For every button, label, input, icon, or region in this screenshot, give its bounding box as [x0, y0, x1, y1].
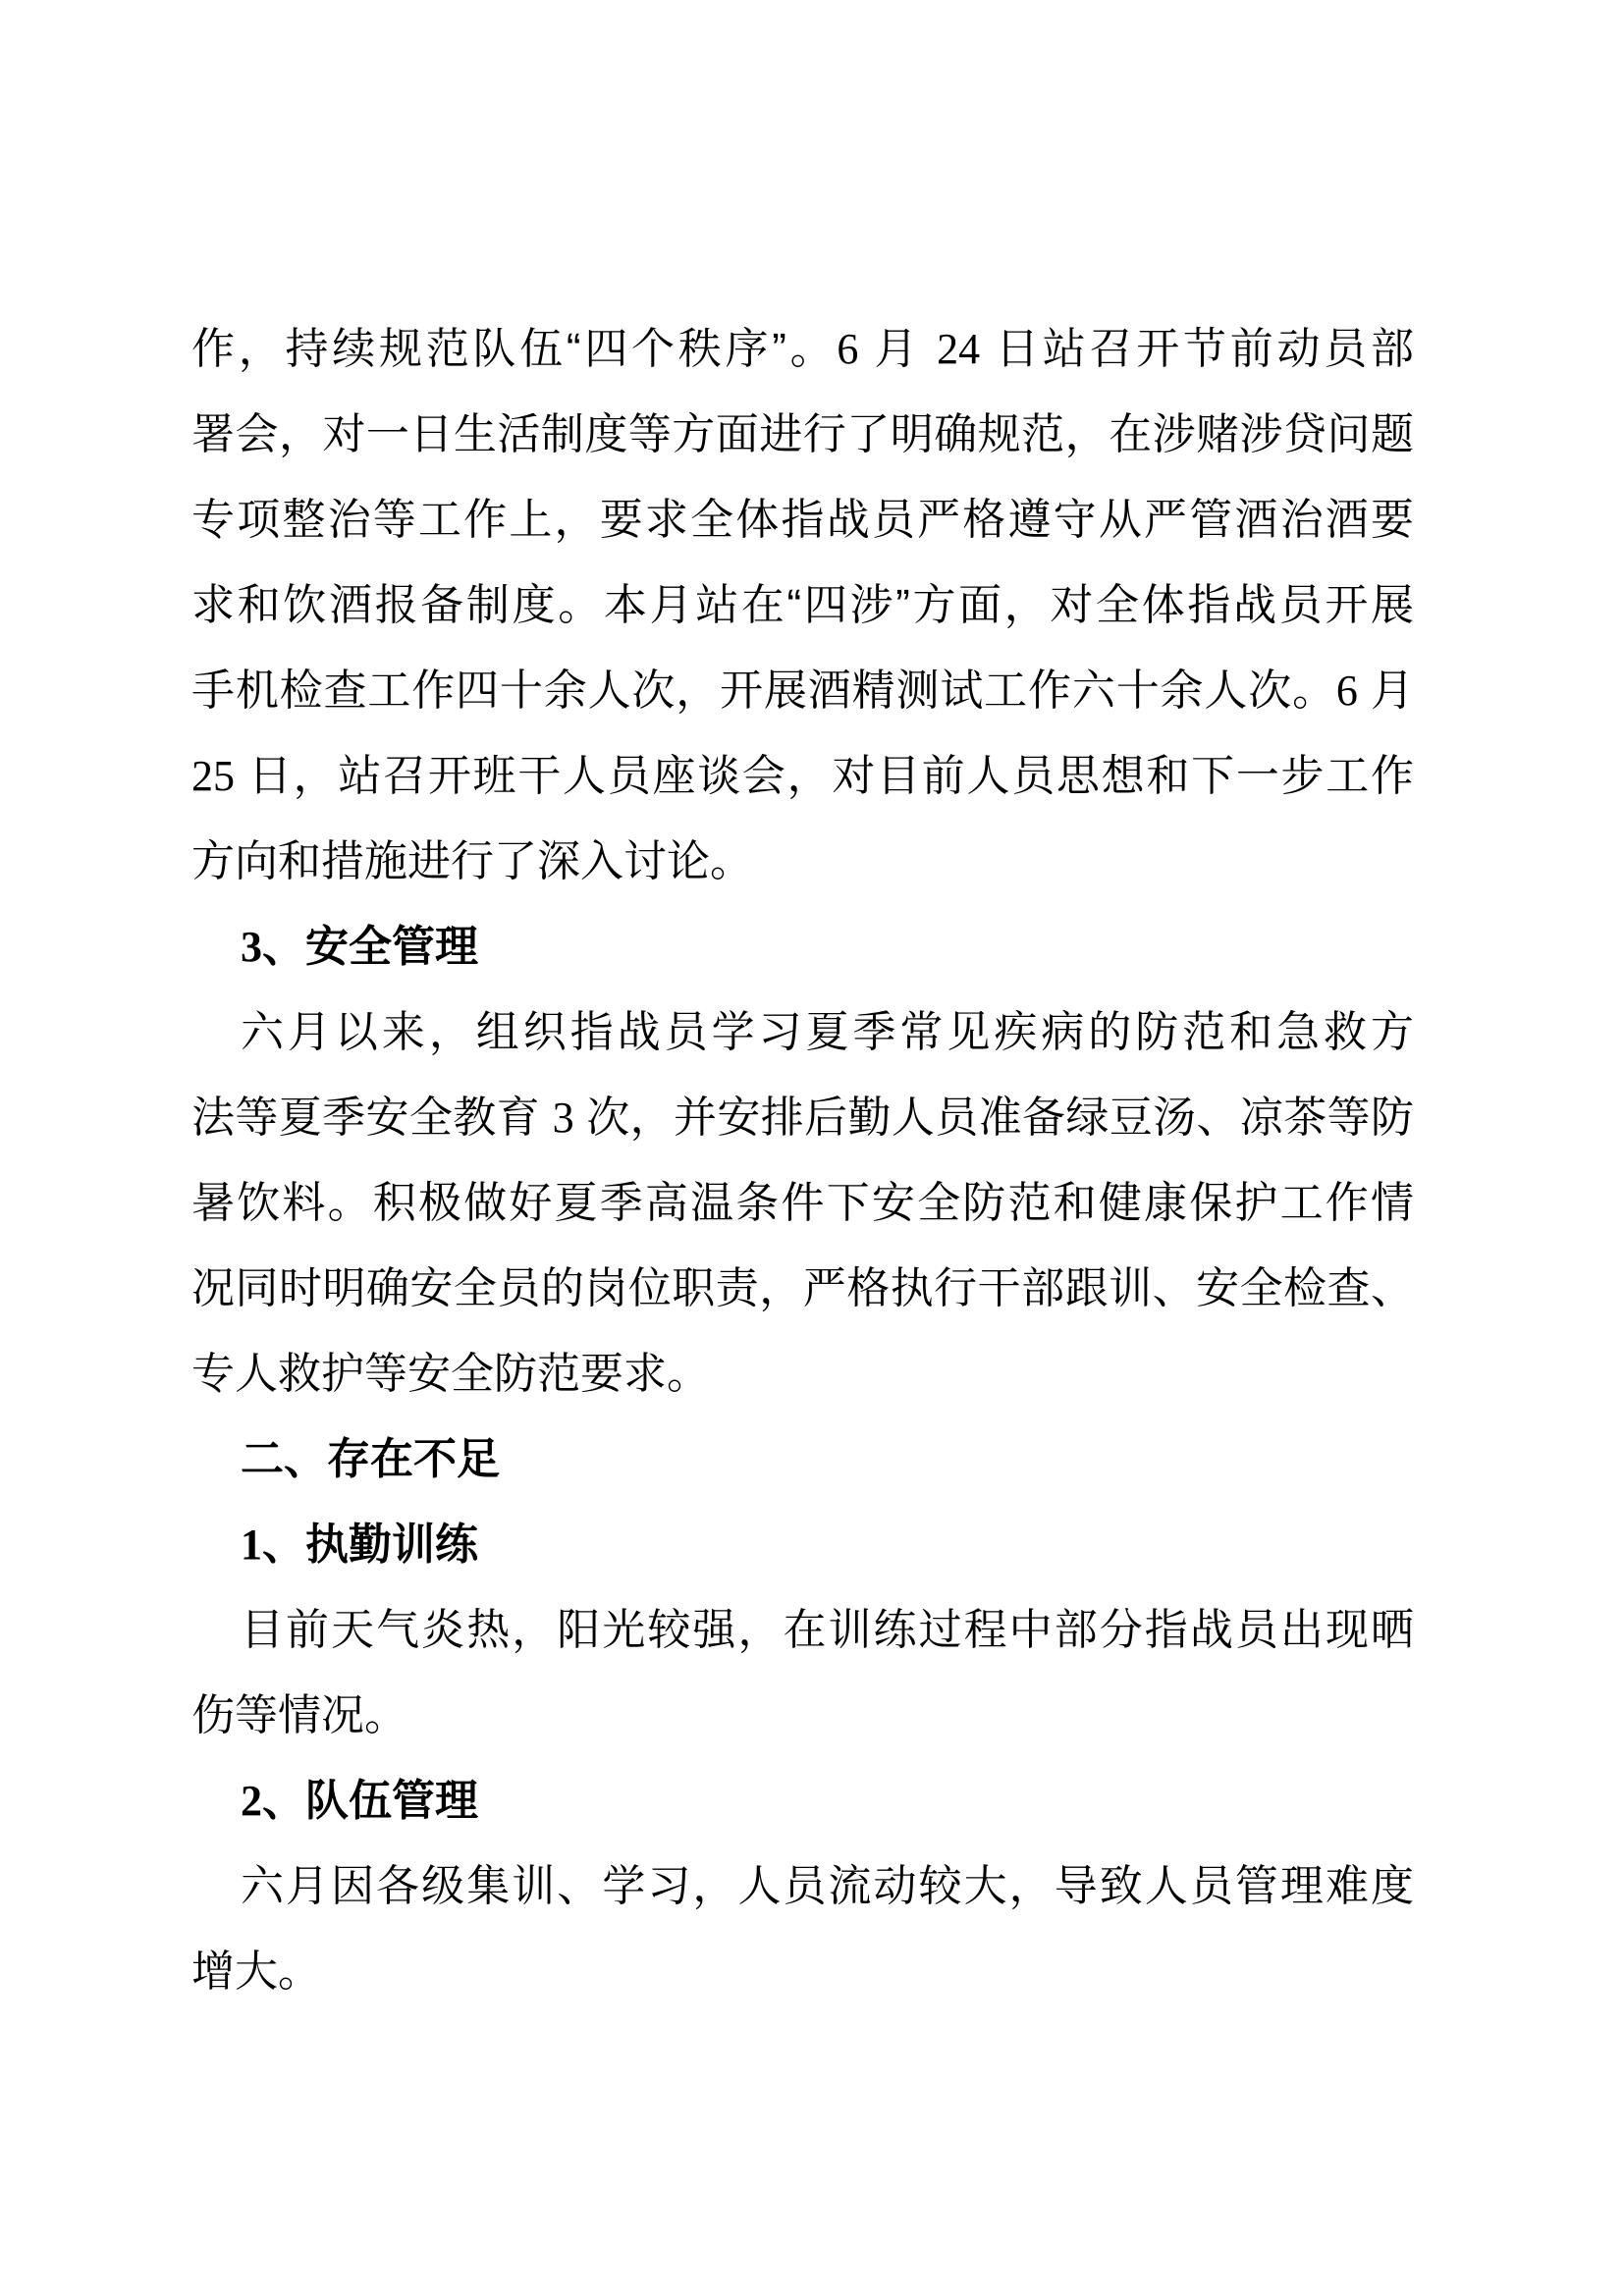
document-text-block: 作，持续规范队伍“四个秩序”。6 月 24 日站召开节前动员部署会，对一日生活制… — [191, 306, 1414, 2014]
latin-numeral: 1 — [241, 1521, 262, 1569]
text-line: 25 日，站召开班干人员座谈会，对目前人员思想和下一步工作 — [191, 733, 1414, 819]
text-line: 增大。 — [191, 1929, 1414, 2014]
heading-line: 二、存在不足 — [191, 1416, 1414, 1502]
text-line: 手机检查工作四十余人次，开展酒精测试工作六十余人次。6 月 — [191, 648, 1414, 733]
text-line: 伤等情况。 — [191, 1673, 1414, 1758]
text-line: 方向和措施进行了深入讨论。 — [191, 819, 1414, 904]
latin-numeral: 25 — [191, 752, 235, 800]
text-line: 专项整治等工作上，要求全体指战员严格遵守从严管酒治酒要 — [191, 477, 1414, 562]
heading-line: 2、队伍管理 — [191, 1758, 1414, 1843]
heading-line: 1、执勤训练 — [191, 1502, 1414, 1587]
latin-numeral: 2 — [241, 1777, 262, 1825]
text-line: 作，持续规范队伍“四个秩序”。6 月 24 日站召开节前动员部 — [191, 306, 1414, 392]
heading-line: 3、安全管理 — [191, 904, 1414, 989]
document-page: 作，持续规范队伍“四个秩序”。6 月 24 日站召开节前动员部署会，对一日生活制… — [0, 0, 1624, 2296]
latin-numeral: 3 — [553, 1094, 574, 1142]
text-line: 况同时明确安全员的岗位职责，严格执行干部跟训、安全检查、 — [191, 1246, 1414, 1331]
latin-numeral: 6 — [837, 325, 858, 373]
text-line: 六月以来，组织指战员学习夏季常见疾病的防范和急救方 — [191, 989, 1414, 1075]
text-line: 暑饮料。积极做好夏季高温条件下安全防范和健康保护工作情 — [191, 1160, 1414, 1246]
latin-numeral: 3 — [241, 923, 262, 971]
latin-numeral: 24 — [937, 325, 980, 373]
text-line: 专人救护等安全防范要求。 — [191, 1331, 1414, 1416]
text-line: 求和饮酒报备制度。本月站在“四涉”方面，对全体指战员开展 — [191, 562, 1414, 648]
text-line: 署会，对一日生活制度等方面进行了明确规范，在涉赌涉贷问题 — [191, 392, 1414, 477]
text-line: 六月因各级集训、学习，人员流动较大，导致人员管理难度 — [191, 1843, 1414, 1929]
text-line: 法等夏季安全教育 3 次，并安排后勤人员准备绿豆汤、凉茶等防 — [191, 1075, 1414, 1160]
latin-numeral: 6 — [1336, 667, 1358, 715]
text-line: 目前天气炎热，阳光较强，在训练过程中部分指战员出现晒 — [191, 1587, 1414, 1673]
